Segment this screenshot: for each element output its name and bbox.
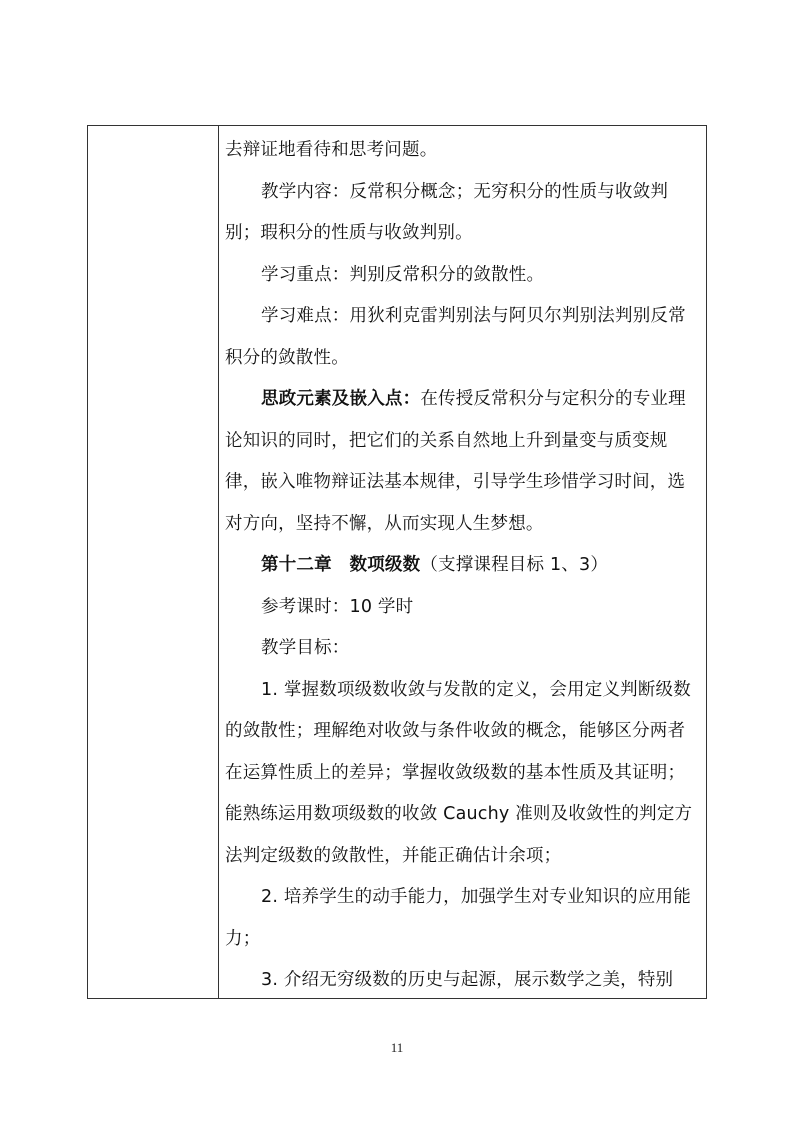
chapter-heading: 第十二章 数项级数（支撑课程目标 1、3） bbox=[225, 545, 698, 587]
paragraph-ideological-elements: 思政元素及嵌入点：在传授反常积分与定积分的专业理论知识的同时，把它们的关系自然地… bbox=[225, 379, 698, 545]
paragraph-reference-hours: 参考课时：10 学时 bbox=[225, 587, 698, 629]
chapter-title: 第十二章 数项级数 bbox=[261, 555, 420, 575]
ideological-label: 思政元素及嵌入点： bbox=[261, 389, 420, 409]
paragraph-key-points: 学习重点：判别反常积分的敛散性。 bbox=[225, 255, 698, 297]
page-number: 11 bbox=[0, 1040, 794, 1056]
paragraph-difficulties: 学习难点：用狄利克雷判别法与阿贝尔判别法判别反常积分的敛散性。 bbox=[225, 296, 698, 379]
table-left-cell bbox=[88, 126, 219, 998]
ideological-text: 在传授反常积分与定积分的专业理论知识的同时，把它们的关系自然地上升到量变与质变规… bbox=[225, 389, 686, 534]
content-table: 去辩证地看待和思考问题。 教学内容：反常积分概念；无穷积分的性质与收敛判别；瑕积… bbox=[87, 125, 707, 999]
table-right-cell: 去辩证地看待和思考问题。 教学内容：反常积分概念；无穷积分的性质与收敛判别；瑕积… bbox=[219, 126, 706, 998]
paragraph-teaching-goals-label: 教学目标： bbox=[225, 628, 698, 670]
chapter-support-note: （支撑课程目标 1、3） bbox=[420, 555, 608, 575]
paragraph-continuation: 去辩证地看待和思考问题。 bbox=[225, 130, 698, 172]
goal-item-1: 1. 掌握数项级数收敛与发散的定义，会用定义判断级数的敛散性；理解绝对收敛与条件… bbox=[225, 670, 698, 878]
paragraph-teaching-content: 教学内容：反常积分概念；无穷积分的性质与收敛判别；瑕积分的性质与收敛判别。 bbox=[225, 172, 698, 255]
goal-item-2: 2. 培养学生的动手能力，加强学生对专业知识的应用能力； bbox=[225, 877, 698, 960]
goal-item-3: 3. 介绍无穷级数的历史与起源，展示数学之美，特别 bbox=[225, 960, 698, 998]
